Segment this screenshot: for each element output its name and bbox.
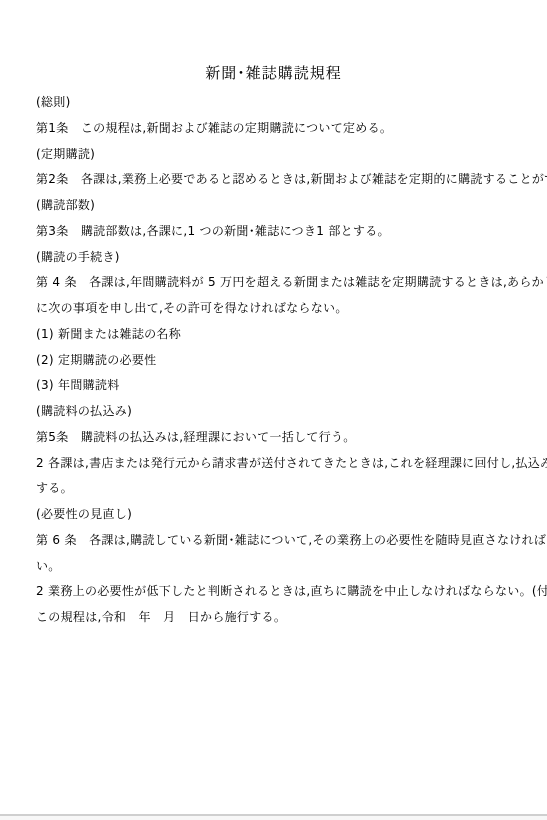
list-item: (1) 新聞または雑誌の名称	[36, 322, 520, 348]
article-text: い。	[36, 554, 520, 580]
article-text: この規程は,令和 年 月 日から施行する。	[36, 605, 520, 631]
article-text: 第3条 購読部数は,各課に,1 つの新聞･雑誌につき1 部とする。	[36, 219, 520, 245]
article-heading: (必要性の見直し)	[36, 502, 520, 528]
article-heading: (定期購読)	[36, 142, 520, 168]
document-page: 新聞･雑誌購読規程 (総則) 第1条 この規程は,新聞および雑誌の定期購読につい…	[0, 0, 547, 820]
article-text: 第2条 各課は,業務上必要であると認めるときは,新聞および雑誌を定期的に購読する…	[36, 167, 520, 193]
article-text: 2 業務上の必要性が低下したと判断されるときは,直ちに購読を中止しなければならな…	[36, 579, 520, 605]
article-text: 第 6 条 各課は,購読している新聞･雑誌について,その業務上の必要性を随時見直…	[36, 528, 520, 554]
article-heading: (購読部数)	[36, 193, 520, 219]
article-text: する。	[36, 476, 520, 502]
article-text: 2 各課は,書店または発行元から請求書が送付されてきたときは,これを経理課に回付…	[36, 451, 520, 477]
list-item: (3) 年間購読料	[36, 373, 520, 399]
article-text: 第1条 この規程は,新聞および雑誌の定期購読について定める。	[36, 116, 520, 142]
article-text: に次の事項を申し出て,その許可を得なければならない。	[36, 296, 520, 322]
document-body: (総則) 第1条 この規程は,新聞および雑誌の定期購読について定める。 (定期購…	[36, 90, 520, 631]
article-heading: (総則)	[36, 90, 520, 116]
article-text: 第5条 購読料の払込みは,経理課において一括して行う。	[36, 425, 520, 451]
window-bottom-edge	[0, 814, 547, 816]
document-title: 新聞･雑誌購読規程	[0, 62, 547, 83]
article-text: 第 4 条 各課は,年間購読料が 5 万円を超える新聞または雑誌を定期購読すると…	[36, 270, 520, 296]
window-bottom-fill	[0, 816, 547, 820]
article-heading: (購読料の払込み)	[36, 399, 520, 425]
article-heading: (購読の手続き)	[36, 245, 520, 271]
list-item: (2) 定期購読の必要性	[36, 348, 520, 374]
